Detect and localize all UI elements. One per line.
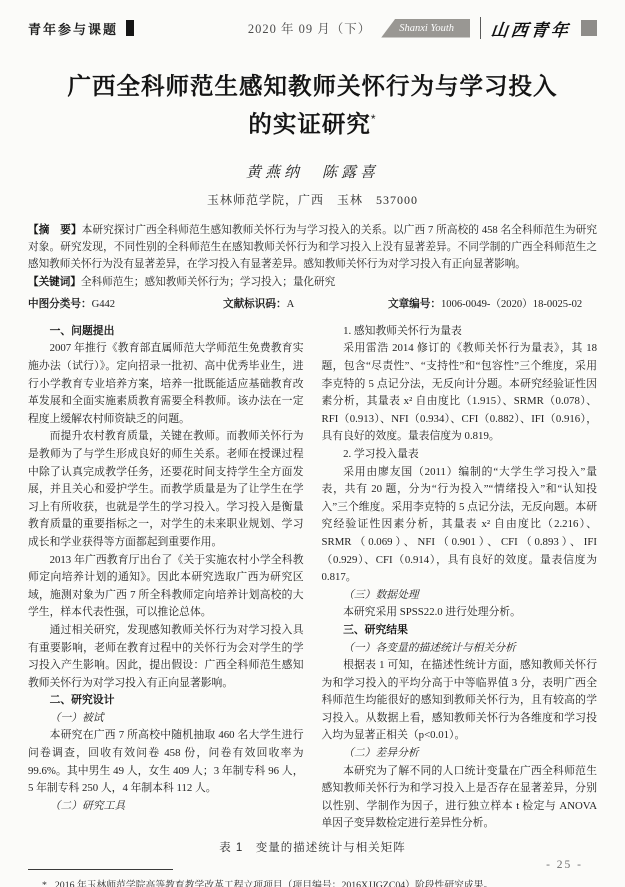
article-id-value: 1006-0049-（2020）18-0025-02 [441,299,582,310]
abstract-block: 【摘 要】本研究探讨广西全科师范生感知教师关怀行为与学习投入的关系。以广西 7 … [0,208,625,291]
paragraph: 根据表 1 可知，在描述性统计方面，感知教师关怀行为和学习投入的平均分高于中等临… [322,657,598,745]
page-number: - 25 - [546,859,583,871]
journal-logo-square-icon [581,20,597,36]
section-heading: 二、研究设计 [28,692,304,710]
issue-date: 2020 年 09 月（下） [248,19,371,37]
paragraph: 通过相关研究，发现感知教师关怀行为对学习投入具有重要影响，老师在教育过程中的关怀… [28,622,304,692]
title-text: 广西全科师范生感知教师关怀行为与学习投入的实证研究 [68,73,558,137]
clc-label: 中图分类号： [28,298,92,310]
article-id-label: 文章编号： [388,298,441,310]
clc-number: 中图分类号：G442 [28,296,223,311]
abstract: 【摘 要】本研究探讨广西全科师范生感知教师关怀行为与学习投入的关系。以广西 7 … [28,222,597,273]
meta-row: 中图分类号：G442 文献标识码：A 文章编号：1006-0049-（2020）… [0,291,625,311]
numbered-heading: 1. 感知教师关怀行为量表 [322,323,598,341]
clc-value: G442 [92,299,116,310]
section-heading: 三、研究结果 [322,622,598,640]
abstract-label: 【摘 要】 [28,224,82,236]
affiliation: 玉林师范学院，广西 玉林 537000 [0,191,625,208]
doc-code-value: A [287,299,295,310]
keywords-text: 全科师范生；感知教师关怀行为；学习投入；量化研究 [81,277,335,288]
footnote-area: *2016 年玉林师范学院高等教育教学改革工程立项项目（项目编号：2016XJJ… [0,855,625,887]
footnote-divider [28,869,173,870]
subsection-heading: （二）研究工具 [28,798,304,816]
paragraph: 2007 年推行《教育部直属师范大学师范生免费教育实施办法（试行）》。定向招录一… [28,340,304,428]
footnote: *2016 年玉林师范学院高等教育教学改革工程立项项目（项目编号：2016XJJ… [28,878,597,887]
paragraph: 采用由廖友国（2011）编制的“大学生学习投入”量表，共有 20 题，分为“行为… [322,464,598,587]
header-divider [480,17,481,39]
article-body: 一、问题提出 2007 年推行《教育部直属师范大学师范生免费教育实施办法（试行）… [0,311,625,833]
subsection-heading: （二）差异分析 [322,745,598,763]
footnote-text: 2016 年玉林师范学院高等教育教学改革工程立项项目（项目编号：2016XJJG… [55,880,493,887]
subsection-heading: （一）各变量的描述统计与相关分析 [322,640,598,658]
document-code: 文献标识码：A [223,296,388,311]
section-bar-icon [126,20,134,36]
doc-code-label: 文献标识码： [223,298,287,310]
left-column: 一、问题提出 2007 年推行《教育部直属师范大学师范生免费教育实施办法（试行）… [28,323,304,833]
header-left: 青年参与课题 [28,19,134,38]
journal-name: 山西青年 [490,16,573,41]
section-heading: 一、问题提出 [28,323,304,341]
abstract-text: 本研究探讨广西全科师范生感知教师关怀行为与学习投入的关系。以广西 7 所高校的 … [28,225,597,270]
paragraph: 本研究为了解不同的人口统计变量在广西全科师范生感知教师关怀行为和学习投入上是否存… [322,763,598,833]
journal-header: 青年参与课题 2020 年 09 月（下） Shanxi Youth 山西青年 [0,0,625,40]
subsection-heading: （三）数据处理 [322,587,598,605]
subsection-heading: （一）被试 [28,710,304,728]
footnote-mark: * [42,880,47,887]
right-column: 1. 感知教师关怀行为量表 采用雷浩 2014 修订的《教师关怀行为量表》，其 … [322,323,598,833]
page-title: 广西全科师范生感知教师关怀行为与学习投入的实证研究* [63,70,563,141]
paragraph: 而提升农村教育质量，关键在教师。而教师关怀行为是教师为了与学生形成良好的师生关系… [28,428,304,551]
keywords-label: 【关键词】 [28,276,81,288]
journal-badge: Shanxi Youth [381,19,470,38]
header-right: 2020 年 09 月（下） Shanxi Youth 山西青年 [248,16,597,41]
paragraph: 采用雷浩 2014 修订的《教师关怀行为量表》，其 18 题，包含“尽责性”、“… [322,340,598,446]
keywords: 【关键词】全科师范生；感知教师关怀行为；学习投入；量化研究 [28,274,597,291]
section-label: 青年参与课题 [28,19,118,38]
table-caption: 表 1 变量的描述统计与相关矩阵 [0,839,625,855]
paragraph: 2013 年广西教育厅出台了《关于实施农村小学全科教师定向培养计划的通知》。因此… [28,552,304,622]
title-asterisk: * [371,112,377,126]
numbered-heading: 2. 学习投入量表 [322,446,598,464]
authors: 黄燕纳 陈露喜 [0,161,625,182]
paragraph: 本研究采用 SPSS22.0 进行处理分析。 [322,604,598,622]
paragraph: 本研究在广西 7 所高校中随机抽取 460 名大学生进行问卷调查，回收有效问卷 … [28,727,304,797]
article-id: 文章编号：1006-0049-（2020）18-0025-02 [388,296,582,311]
journal-page: 青年参与课题 2020 年 09 月（下） Shanxi Youth 山西青年 … [0,0,625,887]
